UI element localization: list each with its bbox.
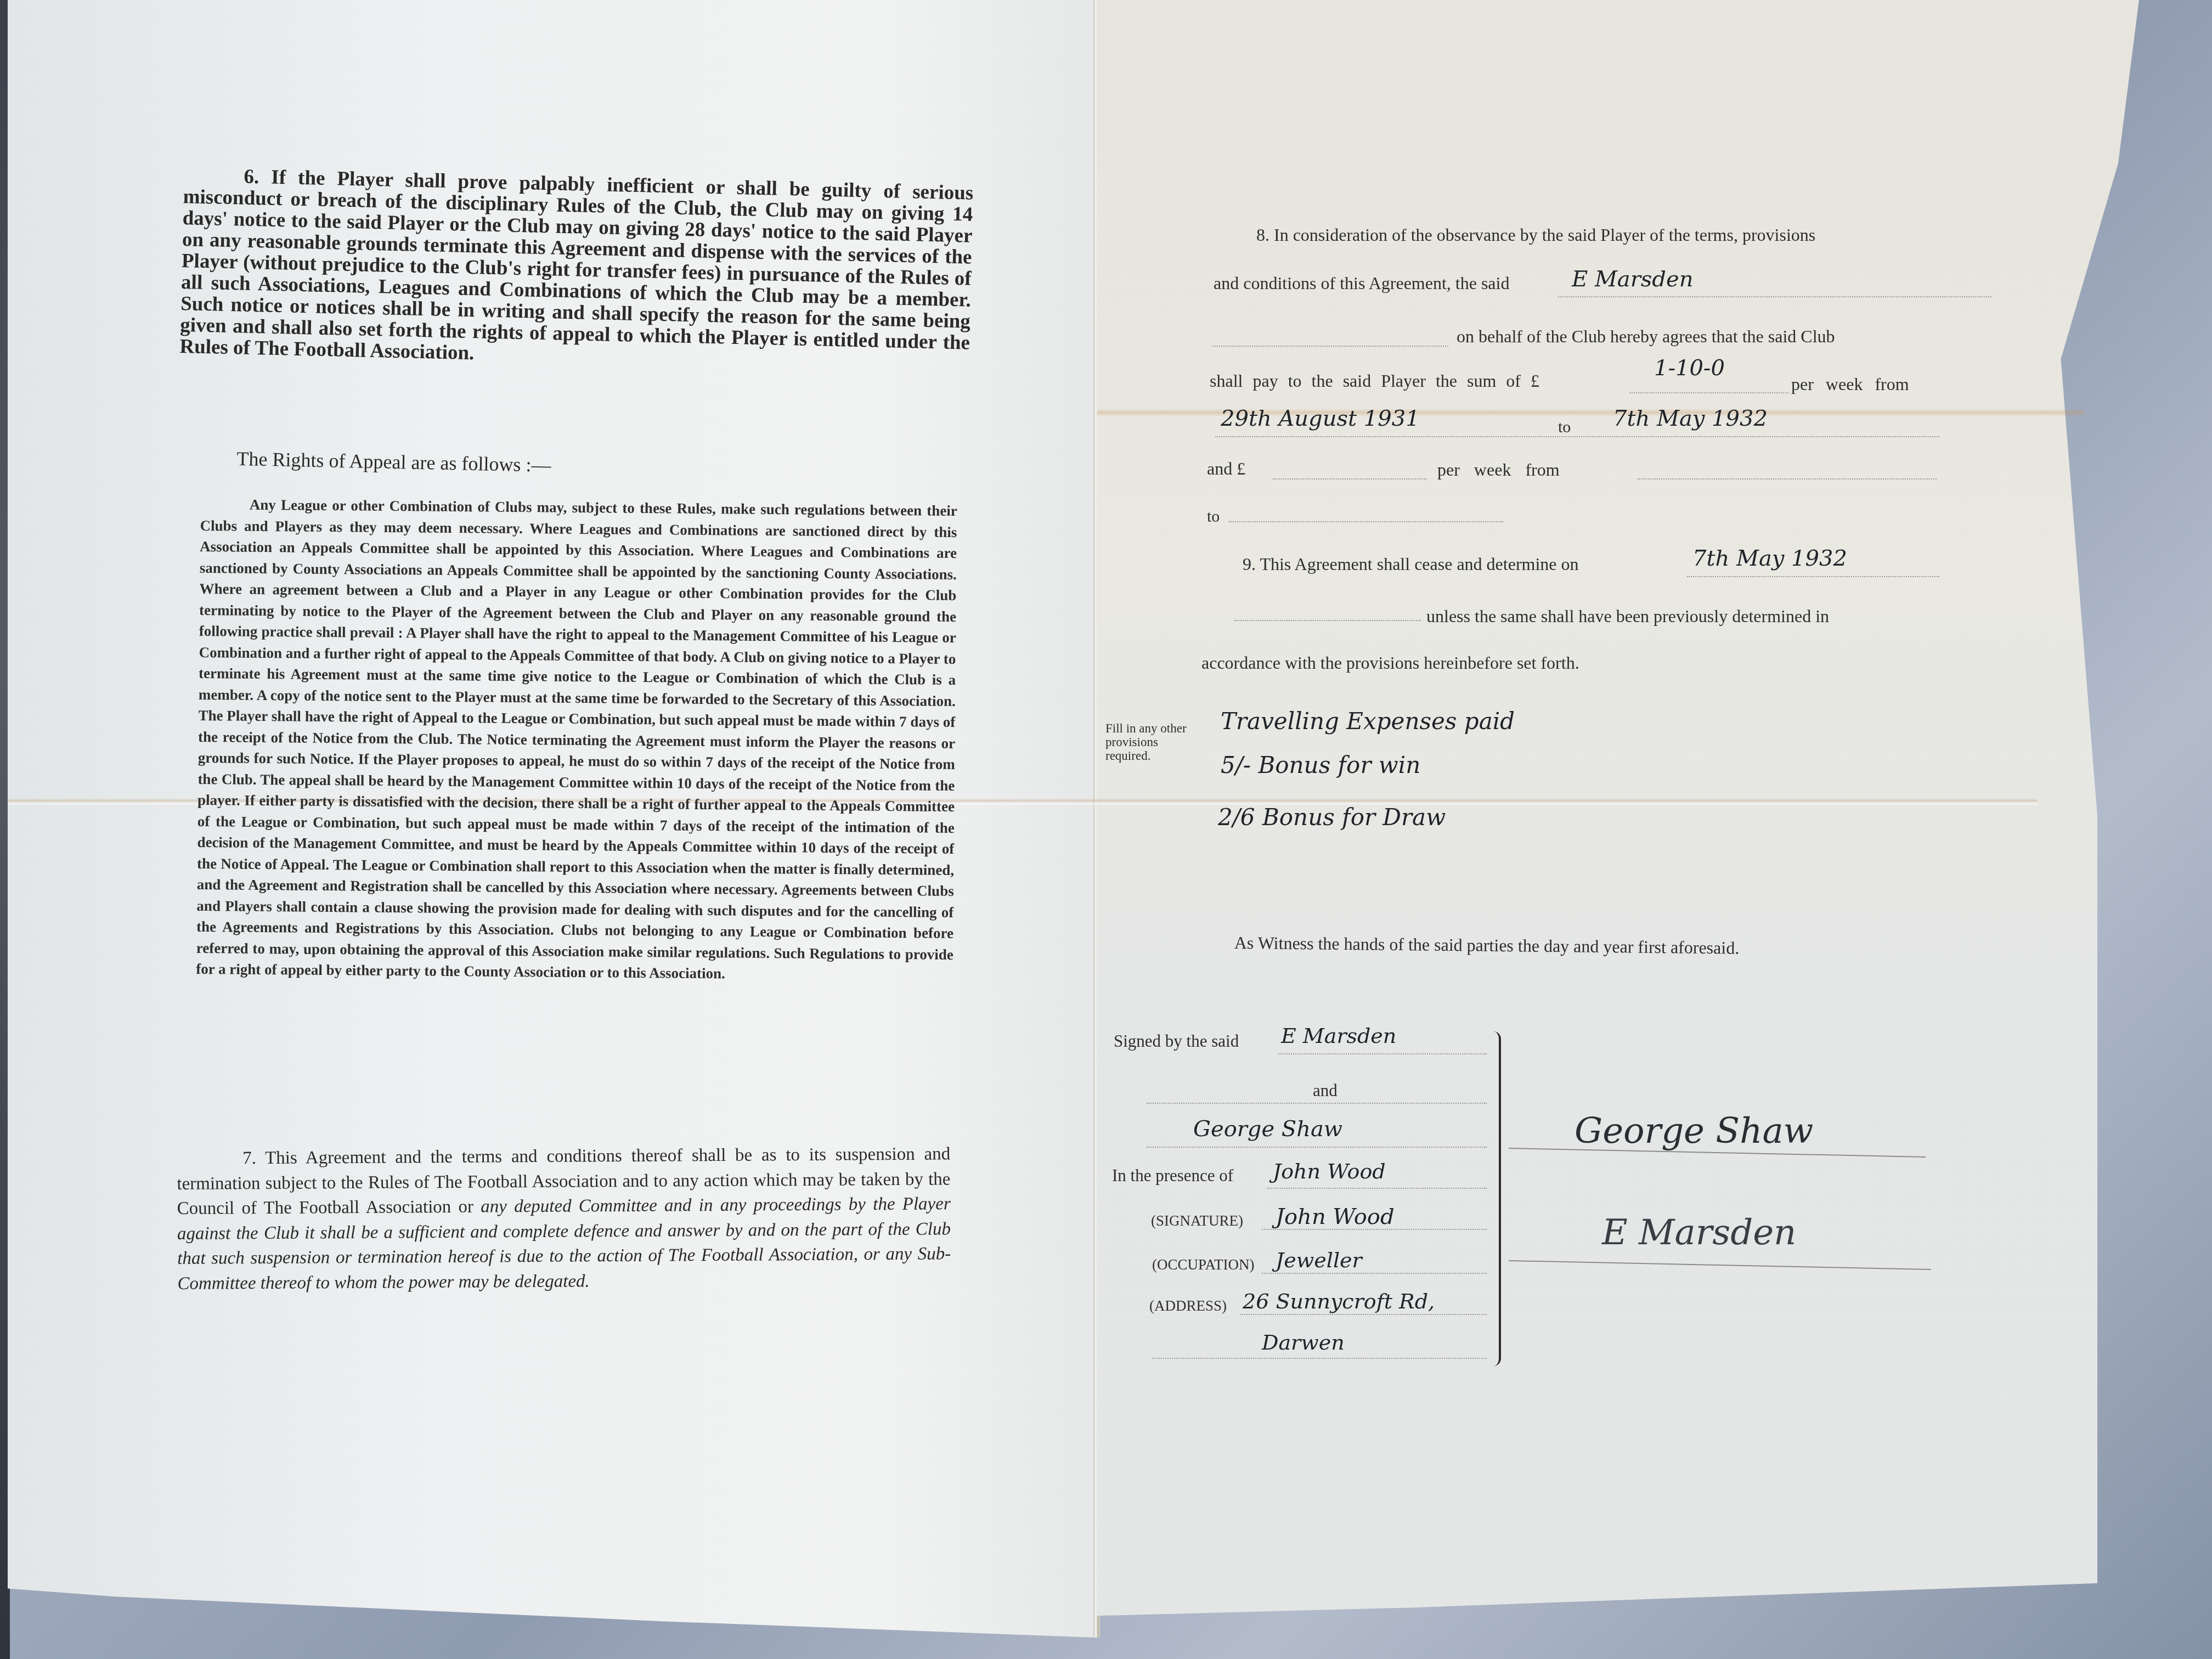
second-party-name[interactable]: George Shaw xyxy=(1193,1116,1342,1142)
provision-item[interactable]: 2/6 Bonus for Draw xyxy=(1218,804,1446,831)
occupation-label: (OCCUPATION) xyxy=(1152,1256,1255,1273)
provision-item[interactable]: Travelling Expenses paid xyxy=(1221,708,1515,735)
and-label: and xyxy=(1313,1081,1338,1101)
rights-of-appeal: Any League or other Combination of Clubs… xyxy=(196,494,957,986)
clause-8-line-4: shall pay to the said Player the sum of … xyxy=(1210,371,1539,391)
witness-signature[interactable]: John Wood xyxy=(1276,1204,1395,1229)
clause-9-line-1: 9. This Agreement shall cease and determ… xyxy=(1243,554,1579,574)
fill-line xyxy=(1638,478,1937,479)
address-line-1[interactable]: 26 Sunnycroft Rd, xyxy=(1243,1289,1435,1313)
fill-line xyxy=(1229,521,1503,522)
clause-8-line-6: and £ xyxy=(1207,459,1245,479)
fill-line xyxy=(1212,346,1448,347)
other-provisions-note: Fill in any other provisions required. xyxy=(1105,721,1188,763)
address-line-2[interactable]: Darwen xyxy=(1262,1330,1345,1355)
to-label: to xyxy=(1558,418,1571,437)
clause-6: 6. If the Player shall prove palpably in… xyxy=(179,165,974,375)
occupation-value[interactable]: Jeweller xyxy=(1276,1248,1362,1272)
player-signature[interactable]: George Shaw xyxy=(1575,1111,1813,1152)
witness-name[interactable]: John Wood xyxy=(1273,1159,1386,1183)
fill-line xyxy=(1267,1188,1487,1189)
fill-line xyxy=(1147,1103,1487,1104)
fill-line xyxy=(1273,478,1426,479)
fill-line xyxy=(1278,1053,1487,1054)
weekly-sum-field[interactable]: 1-10-0 xyxy=(1654,356,1725,381)
fill-line xyxy=(1240,1314,1487,1315)
clause-8-line-7: to xyxy=(1207,507,1220,526)
address-label: (ADDRESS) xyxy=(1149,1297,1227,1314)
fill-line xyxy=(1215,436,1939,437)
fill-line xyxy=(1558,296,1991,297)
signature-label: (SIGNATURE) xyxy=(1151,1212,1243,1229)
rights-of-appeal-text: Any League or other Combination of Clubs… xyxy=(196,494,957,986)
clause-9-line-3: accordance with the provisions hereinbef… xyxy=(1201,653,1579,673)
fill-line xyxy=(1629,392,1788,393)
signed-by-name[interactable]: E Marsden xyxy=(1281,1024,1396,1048)
club-signatory-field[interactable]: E Marsden xyxy=(1572,267,1693,292)
signature-bracket xyxy=(1487,1031,1501,1366)
fill-line xyxy=(1152,1358,1487,1359)
club-signature[interactable]: E Marsden xyxy=(1602,1212,1796,1253)
clause-8-line-3: on behalf of the Club hereby agrees that… xyxy=(1457,326,1835,347)
fill-line xyxy=(1234,620,1421,621)
fill-line xyxy=(1262,1273,1487,1274)
from-date-field[interactable]: 29th August 1931 xyxy=(1221,406,1420,431)
presence-label: In the presence of xyxy=(1112,1166,1233,1186)
clause-8-line-2: and conditions of this Agreement, the sa… xyxy=(1214,273,1509,294)
clause-6-text: 6. If the Player shall prove palpably in… xyxy=(179,165,974,375)
clause-8-line-1: 8. In consideration of the observance by… xyxy=(1256,225,1815,245)
clause-8-per-week: per week from xyxy=(1791,374,1909,394)
end-date-field[interactable]: 7th May 1932 xyxy=(1692,546,1847,571)
fill-line xyxy=(1147,1147,1487,1148)
clause-7: 7. This Agreement and the terms and cond… xyxy=(177,1142,951,1296)
fill-line xyxy=(1687,576,1939,577)
to-date-field[interactable]: 7th May 1932 xyxy=(1613,406,1768,431)
clause-8-line-6-mid: per week from xyxy=(1437,460,1560,480)
provision-item[interactable]: 5/- Bonus for win xyxy=(1221,752,1420,778)
clause-9-line-2: unless the same shall have been previous… xyxy=(1426,606,1829,627)
signed-by-label: Signed by the said xyxy=(1114,1031,1239,1051)
